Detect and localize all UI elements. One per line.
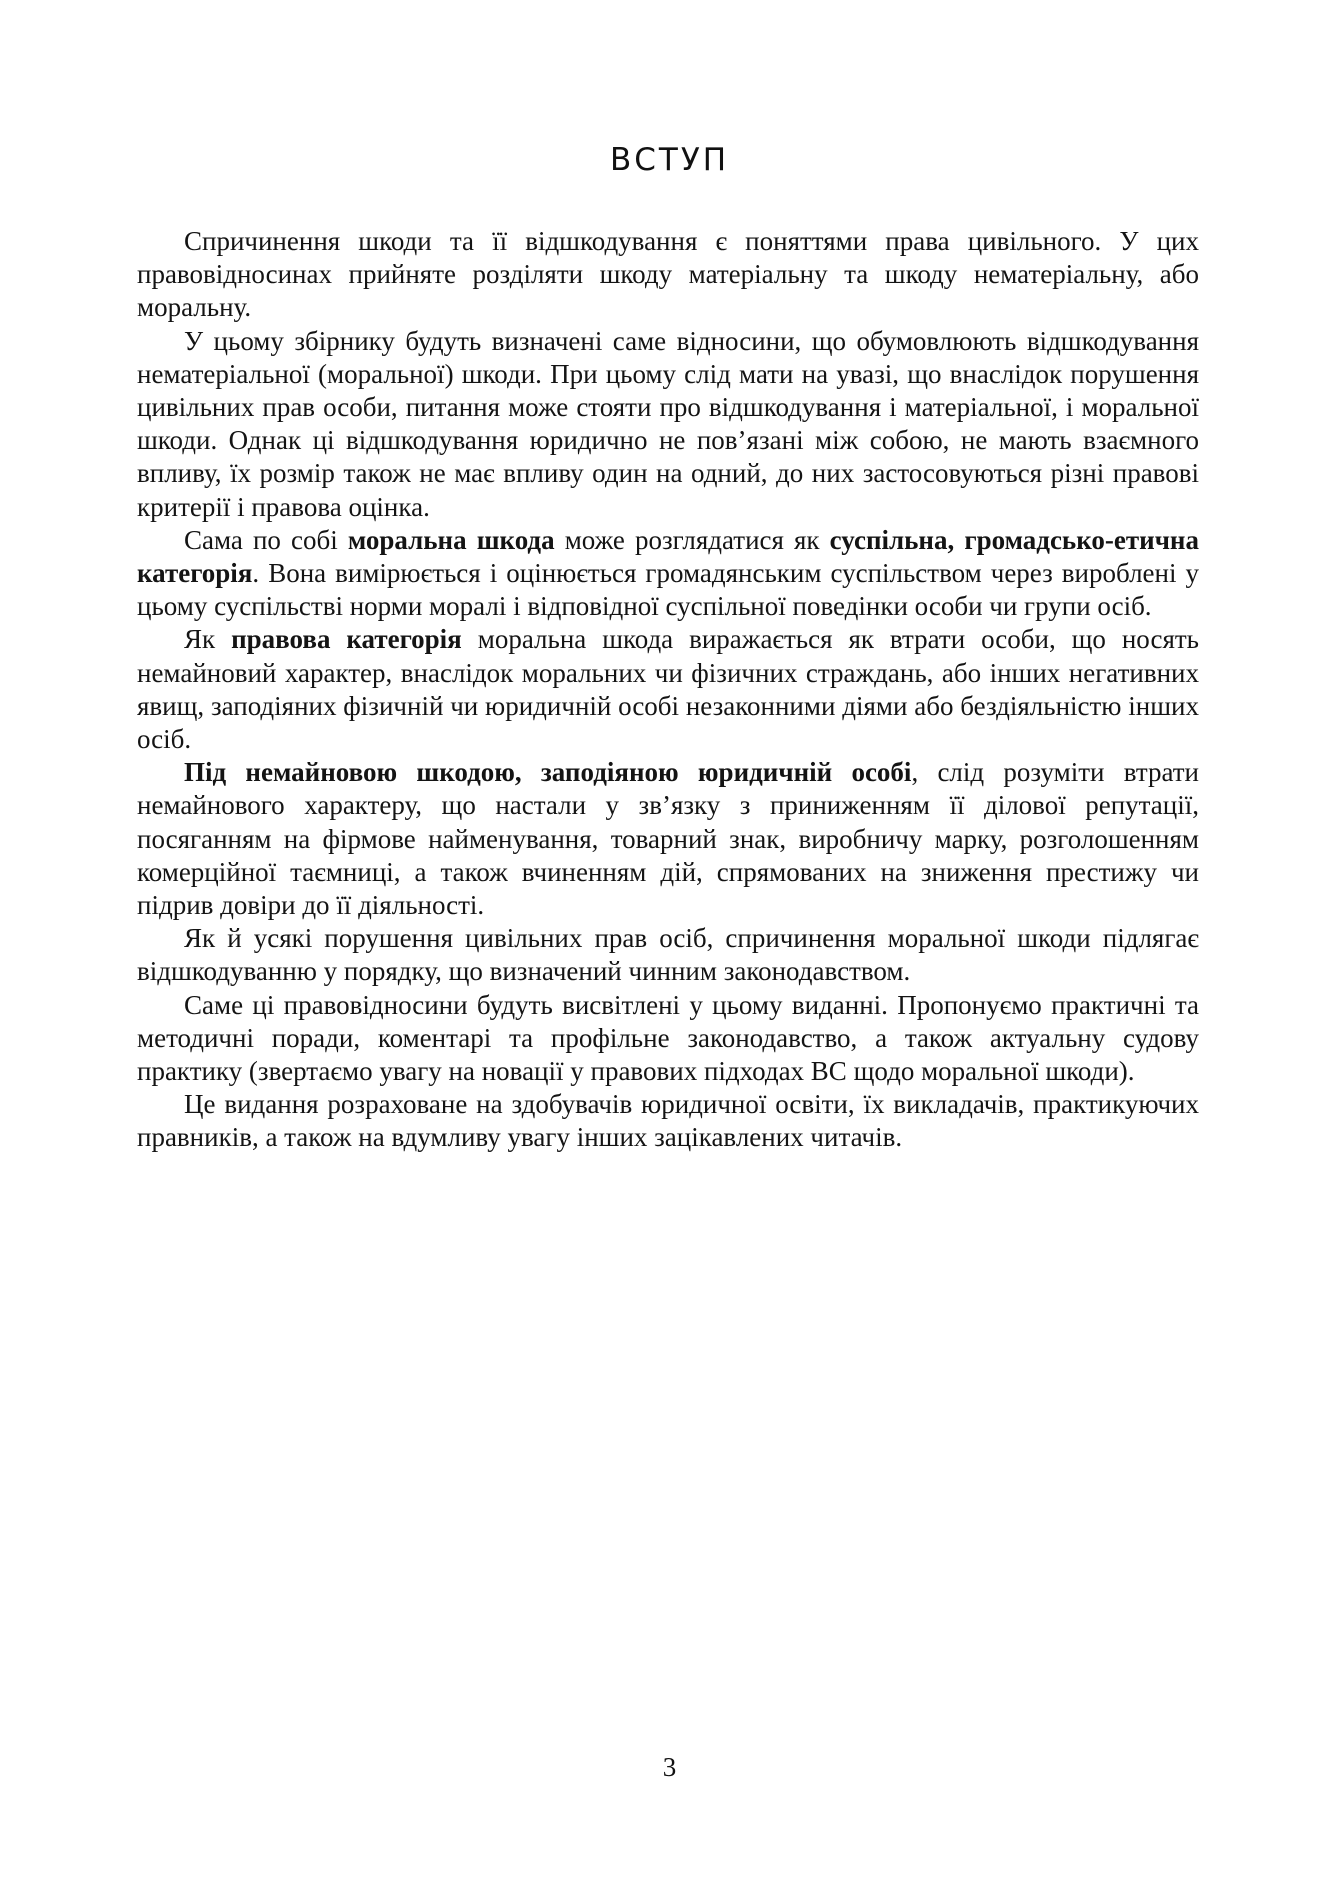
paragraph-2: У цьому збірнику будуть визначені саме в… xyxy=(137,325,1199,524)
text-segment: Саме ці правовідносини будуть висвітлені… xyxy=(137,990,1199,1086)
paragraph-8: Це видання розраховане на здобувачів юри… xyxy=(137,1088,1199,1154)
text-segment: може розглядатися як xyxy=(555,525,830,555)
page-number: 3 xyxy=(0,1752,1339,1783)
text-segment: Як xyxy=(184,624,231,654)
text-segment: Сама по собі xyxy=(184,525,348,555)
text-segment: Як й усякі порушення цивільних прав осіб… xyxy=(137,923,1199,986)
paragraph-4: Як правова категорія моральна шкода вира… xyxy=(137,623,1199,756)
page-title: ВСТУП xyxy=(0,142,1339,178)
text-segment: У цьому збірнику будуть визначені саме в… xyxy=(137,326,1199,522)
text-segment: . Вона вимірюється і оцінюється громадян… xyxy=(137,558,1199,621)
paragraph-6: Як й усякі порушення цивільних прав осіб… xyxy=(137,922,1199,988)
bold-term: Під немайновою шкодою, заподіяною юридич… xyxy=(184,757,911,787)
text-segment: Спричинення шкоди та її відшкодування є … xyxy=(137,226,1199,322)
document-body: Спричинення шкоди та її відшкодування є … xyxy=(137,225,1199,1155)
paragraph-1: Спричинення шкоди та її відшкодування є … xyxy=(137,225,1199,325)
paragraph-7: Саме ці правовідносини будуть висвітлені… xyxy=(137,989,1199,1089)
bold-term: моральна шкода xyxy=(348,525,555,555)
document-page: ВСТУП Спричинення шкоди та її відшкодува… xyxy=(0,0,1339,1890)
paragraph-3: Сама по собі моральна шкода може розгляд… xyxy=(137,524,1199,624)
text-segment: Це видання розраховане на здобувачів юри… xyxy=(137,1089,1199,1152)
bold-term: правова категорія xyxy=(231,624,462,654)
paragraph-5: Під немайновою шкодою, заподіяною юридич… xyxy=(137,756,1199,922)
